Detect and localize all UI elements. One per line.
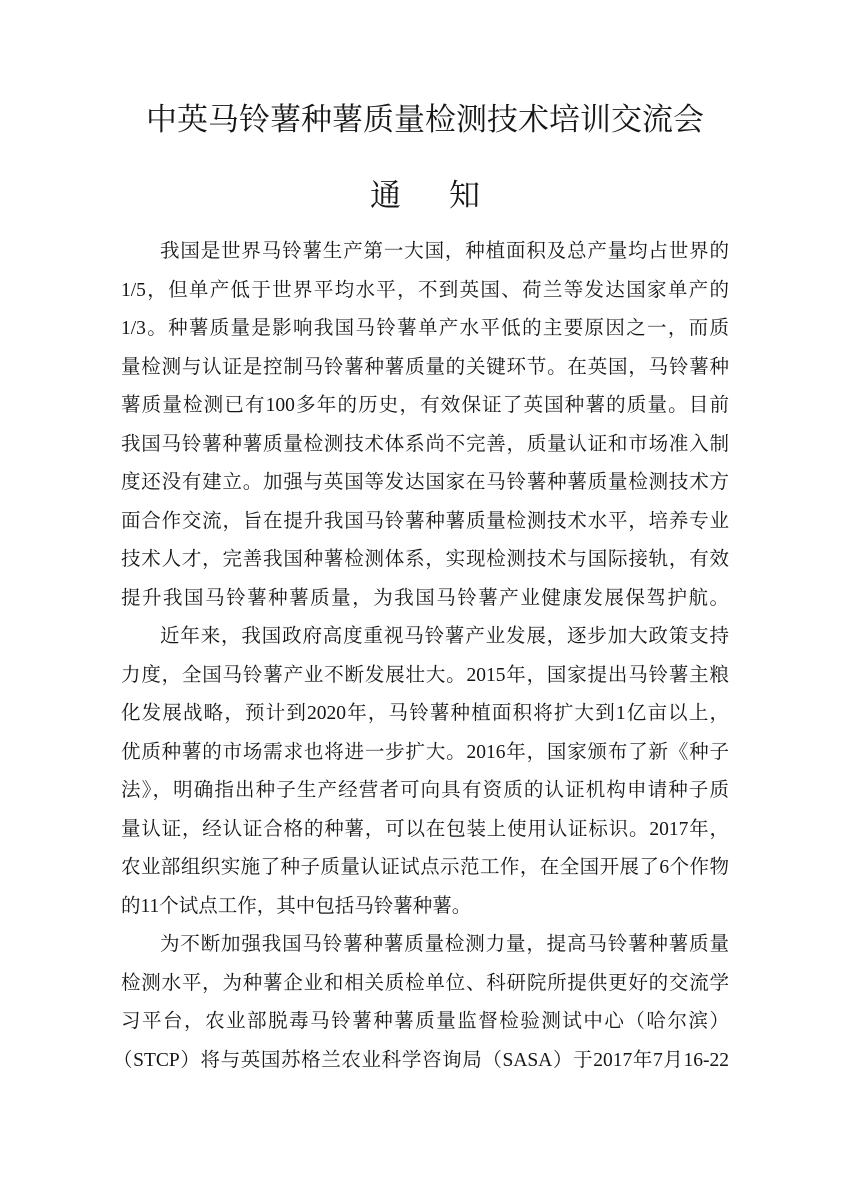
body-line: 薯质量检测已有100多年的历史，有效保证了英国种薯的质量。目前: [121, 387, 729, 426]
body-line: 我国马铃薯种薯质量检测技术体系尚不完善，质量认证和市场准入制: [121, 426, 729, 465]
body-line: 我国是世界马铃薯生产第一大国，种植面积及总产量均占世界的: [121, 233, 729, 272]
body-line: 力度，全国马铃薯产业不断发展壮大。2015年，国家提出马铃薯主粮: [121, 657, 729, 696]
body-line: 为不断加强我国马铃薯种薯质量检测力量，提高马铃薯种薯质量: [121, 926, 729, 965]
document-page: 中英马铃薯种薯质量检测技术培训交流会 通 知 我国是世界马铃薯生产第一大国，种植…: [0, 0, 850, 1202]
body-line: 习平台，农业部脱毒马铃薯种薯质量监督检验测试中心（哈尔滨）: [121, 1003, 729, 1042]
body-line: 农业部组织实施了种子质量认证试点示范工作，在全国开展了6个作物: [121, 849, 729, 888]
document-body: 我国是世界马铃薯生产第一大国，种植面积及总产量均占世界的 1/5，但单产低于世界…: [121, 233, 729, 1080]
body-line: 检测水平，为种薯企业和相关质检单位、科研院所提供更好的交流学: [121, 965, 729, 1004]
body-line: 1/5，但单产低于世界平均水平，不到英国、荷兰等发达国家单产的: [121, 272, 729, 311]
body-line: 1/3。种薯质量是影响我国马铃薯单产水平低的主要原因之一，而质: [121, 310, 729, 349]
body-line: 提升我国马铃薯种薯质量，为我国马铃薯产业健康发展保驾护航。: [121, 580, 729, 619]
body-line: 量认证，经认证合格的种薯，可以在包装上使用认证标识。2017年，: [121, 811, 729, 850]
body-line: 近年来，我国政府高度重视马铃薯产业发展，逐步加大政策支持: [121, 618, 729, 657]
body-line: （STCP）将与英国苏格兰农业科学咨询局（SASA）于2017年7月16-22: [121, 1042, 729, 1081]
document-subtitle: 通 知: [0, 180, 850, 211]
body-line: 法》，明确指出种子生产经营者可向具有资质的认证机构申请种子质: [121, 772, 729, 811]
body-line: 技术人才，完善我国种薯检测体系，实现检测技术与国际接轨，有效: [121, 541, 729, 580]
body-line: 化发展战略，预计到2020年，马铃薯种植面积将扩大到1亿亩以上，: [121, 695, 729, 734]
body-line: 优质种薯的市场需求也将进一步扩大。2016年，国家颁布了新《种子: [121, 734, 729, 773]
body-line: 面合作交流，旨在提升我国马铃薯种薯质量检测技术水平，培养专业: [121, 503, 729, 542]
subtitle-char-tong: 通: [370, 180, 401, 211]
body-line: 度还没有建立。加强与英国等发达国家在马铃薯种薯质量检测技术方: [121, 464, 729, 503]
body-line: 量检测与认证是控制马铃薯种薯质量的关键环节。在英国，马铃薯种: [121, 349, 729, 388]
document-title: 中英马铃薯种薯质量检测技术培训交流会: [0, 0, 850, 135]
subtitle-char-zhi: 知: [449, 180, 480, 211]
body-line: 的11个试点工作，其中包括马铃薯种薯。: [121, 888, 729, 927]
